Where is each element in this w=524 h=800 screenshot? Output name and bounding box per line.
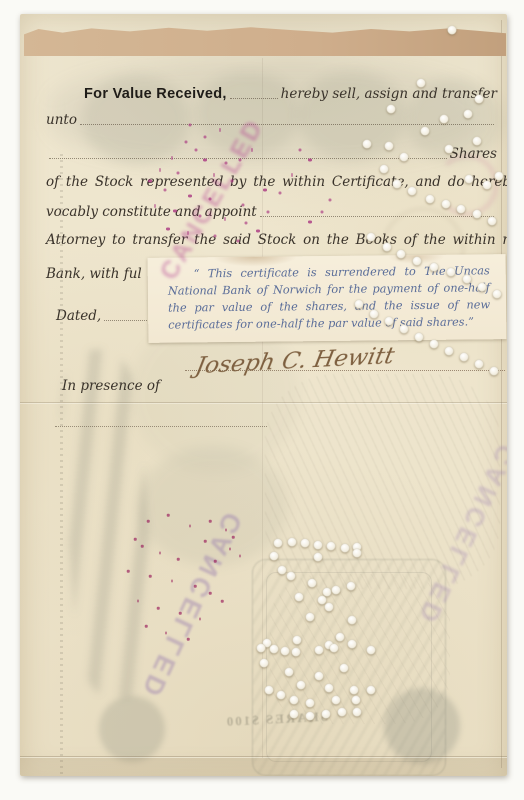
ink-speck (145, 625, 148, 628)
punch-hole (257, 644, 266, 653)
paper-edge-line (501, 20, 502, 768)
cancelled-stamp-center-mirrored: CANCELLED (112, 506, 272, 706)
ghost-bottom-panel-inner-frame (266, 572, 432, 762)
ghost-handwriting-hatch (265, 374, 500, 589)
punch-hole (281, 647, 290, 656)
horizontal-fold-crease (20, 756, 507, 757)
in-presence-label: In presence of (62, 378, 160, 394)
ink-speck (308, 221, 312, 224)
form-line-shares: Shares (46, 146, 497, 162)
punch-hole (314, 541, 323, 550)
stock-line-1-text: of the Stock represented by the within C… (46, 174, 507, 190)
ink-speck (219, 128, 221, 132)
ink-speck (177, 558, 180, 561)
ghost-seal-circle-left (99, 696, 165, 762)
punch-hole (323, 588, 332, 597)
punch-hole (306, 699, 315, 708)
dotted-rule (230, 98, 278, 99)
punch-hole (306, 613, 315, 622)
ink-speck (171, 580, 173, 583)
ink-speck (141, 545, 144, 548)
form-line-dated: Dated, (56, 308, 150, 324)
punch-hole (263, 639, 272, 648)
ink-speck (245, 222, 248, 225)
ghost-seal-circle-right (384, 688, 460, 764)
ink-speck (166, 228, 170, 231)
punch-hole (278, 566, 287, 575)
punch-hole (340, 664, 349, 673)
punch-hole (348, 616, 357, 625)
ink-speck (209, 198, 212, 201)
form-line-stock-1: of the Stock represented by the within C… (46, 174, 497, 190)
stock-line-2-text: vocably constitute and appoint (46, 204, 257, 220)
ink-speck (209, 520, 212, 523)
punch-hole (367, 646, 376, 655)
punch-hole (367, 686, 376, 695)
punch-hole (290, 710, 299, 719)
certificate-paper: SHARES $100 For Value Received, hereby s… (20, 14, 507, 776)
ink-speck (167, 514, 170, 517)
punch-hole (295, 593, 304, 602)
punch-hole (473, 137, 482, 146)
punch-hole (274, 539, 283, 548)
punch-hole (352, 696, 361, 705)
punch-hole (348, 640, 357, 649)
dotted-rule (49, 158, 447, 159)
ink-speck (185, 141, 188, 144)
cancelled-stamp-right-mirrored: CANCELLED (392, 450, 507, 620)
form-line-presence: In presence of (62, 378, 222, 394)
bottom-edge-shadow (20, 758, 507, 776)
punch-hole (265, 686, 274, 695)
surrender-note-text: “ This certificate is surrendered to The… (168, 263, 491, 334)
form-line-unto: unto (46, 112, 497, 128)
punch-hole (325, 641, 334, 650)
ink-speck (225, 529, 227, 532)
ink-speck (194, 585, 197, 588)
unto-label: unto (46, 112, 77, 128)
ink-speck (204, 540, 207, 543)
ink-speck (189, 525, 191, 528)
punch-hole (315, 646, 324, 655)
ink-speck (159, 168, 161, 172)
punch-hole (287, 572, 296, 581)
cancelled-stamp-text: CANCELLED (135, 508, 249, 705)
punch-hole (330, 644, 339, 653)
ink-speck (137, 600, 139, 603)
punch-hole (288, 538, 297, 547)
tape-residue-strip (24, 26, 506, 56)
ghost-handwriting-hatch (270, 574, 450, 724)
punch-hole (353, 543, 362, 552)
ink-speck (329, 199, 332, 202)
punch-hole (353, 549, 362, 558)
dotted-rule (80, 124, 494, 125)
transfer-phrase-text: hereby sell, assign and transfer (281, 86, 497, 102)
ink-speck (157, 607, 160, 610)
punch-hole (285, 668, 294, 677)
punch-hole (314, 553, 323, 562)
punch-hole (301, 539, 310, 548)
punch-hole (327, 542, 336, 551)
punch-hole (260, 659, 269, 668)
punch-hole (332, 586, 341, 595)
crimson-specks-layer (20, 14, 507, 776)
pasted-surrender-note: “ This certificate is surrendered to The… (148, 254, 507, 342)
punch-hole (292, 648, 301, 657)
ink-speck (221, 600, 224, 603)
scanned-certificate-back: SHARES $100 For Value Received, hereby s… (0, 0, 524, 800)
ghost-bottom-panel-frame (252, 559, 446, 776)
ink-speck (199, 618, 201, 621)
punch-hole (315, 672, 324, 681)
shares-label: Shares (450, 146, 497, 162)
ink-speck (134, 538, 137, 541)
dotted-rule (104, 320, 147, 321)
punch-hole (318, 596, 327, 605)
punch-hole (325, 684, 334, 693)
punch-hole (341, 544, 350, 553)
ink-speck (127, 570, 130, 573)
punch-hole (270, 645, 279, 654)
ink-speck (179, 612, 182, 615)
punch-hole (380, 165, 389, 174)
punch-hole (350, 686, 359, 695)
vertical-fold-crease (262, 58, 263, 758)
ink-speck (214, 560, 217, 563)
punch-hole (338, 708, 347, 717)
witness-rule (55, 426, 267, 427)
ink-speck (149, 575, 152, 578)
ghost-left-ornate-band (56, 347, 160, 702)
bank-line-text: Bank, with ful (46, 266, 142, 282)
ink-speck (232, 536, 235, 539)
punch-hole (325, 603, 334, 612)
ink-speck (204, 136, 207, 139)
punch-hole (290, 696, 299, 705)
punch-hole (353, 708, 362, 717)
ink-speck (147, 520, 150, 523)
signature-handwriting: Joseph C. Hewitt (193, 343, 396, 379)
punch-holes-layer (20, 14, 507, 776)
dated-label: Dated, (56, 308, 101, 324)
punch-hole (322, 710, 331, 719)
value-received-label: For Value Received, (84, 86, 227, 102)
ink-speck (187, 638, 190, 641)
ink-speck (188, 195, 192, 198)
punch-hole (332, 696, 341, 705)
punch-hole (336, 633, 345, 642)
dotted-rule (260, 216, 494, 217)
form-line-attorney: Attorney to transfer the said Stock on t… (46, 232, 497, 248)
punch-hole (306, 712, 315, 721)
magenta-specks-layer (20, 14, 507, 776)
punch-hole (297, 681, 306, 690)
punch-hole (426, 195, 435, 204)
ink-speck (239, 555, 241, 558)
cancelled-stamp-text: CANCELLED (411, 439, 507, 630)
horizontal-fold-crease (20, 402, 507, 403)
attorney-line-text: Attorney to transfer the said Stock on t… (46, 232, 507, 248)
punch-hole (270, 552, 279, 561)
ink-speck (279, 192, 282, 195)
form-line-stock-2: vocably constitute and appoint (46, 204, 497, 220)
punch-hole (347, 582, 356, 591)
ink-speck (209, 592, 212, 595)
ink-speck (229, 548, 231, 551)
punch-hole (277, 691, 286, 700)
punch-hole (308, 579, 317, 588)
ink-speck (159, 552, 161, 555)
ink-speck (165, 632, 167, 635)
ghost-mirrored-shares-text: SHARES $100 (198, 709, 329, 732)
ghost-center-blob (138, 446, 288, 566)
form-line-1: For Value Received, hereby sell, assign … (84, 86, 497, 102)
punch-hole (293, 636, 302, 645)
